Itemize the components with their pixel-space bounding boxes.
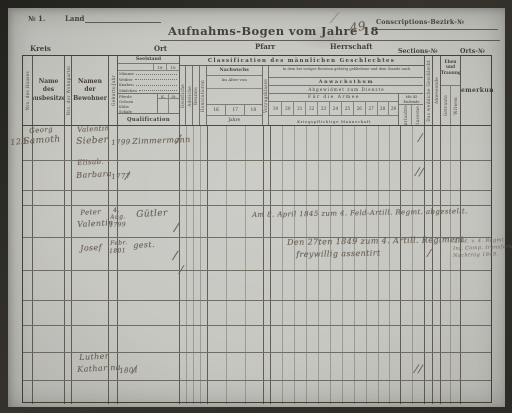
table-cell	[194, 238, 201, 270]
table-cell	[307, 191, 319, 205]
table-cell	[271, 353, 283, 380]
table-cell	[307, 326, 319, 352]
table-cell	[246, 161, 264, 190]
table-cell	[208, 271, 227, 300]
table-cell	[451, 161, 461, 190]
table-cell	[187, 126, 194, 160]
table-cell	[208, 126, 227, 160]
table-cell	[227, 301, 246, 325]
table-cell	[413, 161, 425, 190]
table-cell	[180, 191, 187, 205]
table-cell	[390, 301, 401, 325]
table-cell	[343, 381, 355, 404]
table-row	[23, 326, 491, 353]
table-cell	[72, 206, 109, 237]
table-cell	[331, 353, 343, 380]
table-body	[23, 126, 491, 404]
table-cell	[109, 326, 118, 352]
table-cell	[264, 238, 271, 270]
age-cells: 19 20 21 22 23 24 25 26	[269, 102, 398, 116]
table-cell	[264, 206, 271, 237]
table-cell	[65, 206, 72, 237]
table-cell	[461, 238, 493, 270]
col-remarks: Bemerkung	[461, 56, 493, 125]
table-cell	[23, 206, 33, 237]
seelstand-rows: Männer Weiber Knaben Mädchen	[118, 71, 179, 94]
table-cell	[319, 126, 331, 160]
table-cell	[283, 301, 295, 325]
table-row	[23, 271, 491, 301]
col-officials: Beamte	[193, 66, 200, 125]
table-cell	[246, 353, 264, 380]
table-cell	[441, 271, 451, 300]
table-cell	[201, 353, 208, 380]
table-cell	[208, 381, 227, 404]
table-cell	[413, 238, 425, 270]
table-cell	[187, 206, 194, 237]
table-cell	[331, 301, 343, 325]
table-cell	[118, 353, 180, 380]
table-cell	[33, 161, 65, 190]
table-cell	[401, 206, 413, 237]
table-cell	[208, 353, 227, 380]
table-cell	[343, 238, 355, 270]
table-cell	[367, 353, 379, 380]
army-section: In dem bei voriger Revision gehörig gebl…	[269, 66, 423, 125]
table-cell	[441, 381, 451, 404]
table-cell	[441, 161, 451, 190]
table-cell	[441, 191, 451, 205]
mit45-box: Mit 45 Endende Beurlaubte Entlassene	[399, 94, 423, 125]
table-cell	[201, 206, 208, 237]
table-cell	[390, 238, 401, 270]
table-cell	[433, 161, 441, 190]
table-cell	[451, 238, 461, 270]
table-cell	[118, 161, 180, 190]
table-cell	[413, 353, 425, 380]
table-cell	[180, 353, 187, 380]
table-cell	[264, 301, 271, 325]
table-cell	[72, 161, 109, 190]
table-cell	[461, 206, 493, 237]
table-cell	[367, 238, 379, 270]
table-row	[23, 161, 491, 191]
table-header: Nro. des Hauses Name des Hausbesitzers N…	[23, 56, 491, 126]
table-cell	[23, 191, 33, 205]
table-cell	[425, 206, 433, 237]
table-cell	[379, 238, 390, 270]
table-cell	[72, 326, 109, 352]
table-cell	[461, 353, 493, 380]
table-cell	[201, 238, 208, 270]
table-cell	[23, 161, 33, 190]
table-cell	[379, 353, 390, 380]
table-cell	[307, 353, 319, 380]
table-cell	[118, 381, 180, 404]
table-cell	[227, 271, 246, 300]
table-cell	[441, 301, 451, 325]
table-cell	[201, 191, 208, 205]
table-cell	[208, 206, 227, 237]
table-cell	[451, 353, 461, 380]
table-cell	[271, 191, 283, 205]
table-cell	[33, 353, 65, 380]
table-cell	[72, 271, 109, 300]
table-cell	[343, 206, 355, 237]
table-cell	[390, 206, 401, 237]
table-cell	[187, 381, 194, 404]
table-cell	[390, 326, 401, 352]
orts-label: Orts-№	[460, 48, 485, 55]
conscription-rule	[372, 29, 498, 30]
table-cell	[201, 301, 208, 325]
table-cell	[72, 353, 109, 380]
table-cell	[343, 191, 355, 205]
table-cell	[401, 126, 413, 160]
table-cell	[413, 381, 425, 404]
table-cell	[194, 271, 201, 300]
table-cell	[307, 161, 319, 190]
table-cell	[441, 238, 451, 270]
table-cell	[451, 126, 461, 160]
table-cell	[425, 161, 433, 190]
table-cell	[319, 161, 331, 190]
table-cell	[367, 206, 379, 237]
form-title: Aufnahms-Bogen vom Jahre 18	[168, 24, 373, 38]
table-cell	[451, 326, 461, 352]
table-cell	[118, 126, 180, 160]
table-cell	[390, 353, 401, 380]
conscription-district-label: Conscriptions-Bezirk-№	[376, 19, 464, 26]
table-cell	[433, 301, 441, 325]
table-cell	[433, 191, 441, 205]
table-cell	[331, 126, 343, 160]
table-cell	[355, 191, 367, 205]
table-cell	[109, 206, 118, 237]
table-cell	[109, 381, 118, 404]
revision-line: In dem bei voriger Revision gehörig gebl…	[269, 66, 423, 78]
col-marriages: Ehen und Trauungen Getraute Witwen	[441, 56, 461, 125]
table-cell	[33, 126, 65, 160]
table-cell	[264, 191, 271, 205]
table-cell	[413, 326, 425, 352]
table-cell	[180, 126, 187, 160]
pfarr-label: Pfarr	[255, 42, 275, 51]
table-cell	[343, 353, 355, 380]
table-cell	[201, 381, 208, 404]
table-cell	[194, 326, 201, 352]
table-cell	[461, 271, 493, 300]
table-cell	[227, 191, 246, 205]
table-cell	[33, 326, 65, 352]
table-cell	[295, 301, 307, 325]
table-cell	[194, 381, 201, 404]
table-cell	[413, 126, 425, 160]
table-cell	[331, 206, 343, 237]
table-cell	[319, 206, 331, 237]
table-cell	[355, 381, 367, 404]
table-cell	[401, 191, 413, 205]
table-cell	[379, 161, 390, 190]
table-cell	[271, 326, 283, 352]
col-residents: Namen der Bewohner	[72, 56, 109, 125]
table-cell	[246, 326, 264, 352]
table-cell	[433, 126, 441, 160]
table-cell	[401, 271, 413, 300]
table-cell	[246, 381, 264, 404]
table-cell	[109, 191, 118, 205]
table-cell	[187, 238, 194, 270]
table-cell	[180, 271, 187, 300]
table-cell	[355, 353, 367, 380]
land-label: Land	[65, 14, 84, 23]
table-cell	[367, 326, 379, 352]
table-cell	[118, 238, 180, 270]
qualification-label: Qualification	[118, 114, 179, 125]
table-cell	[23, 271, 33, 300]
col-vorzugsklasse: Vorzugsklasse	[263, 66, 270, 125]
table-cell	[343, 326, 355, 352]
table-cell	[246, 191, 264, 205]
table-cell	[208, 161, 227, 190]
table-cell	[194, 126, 201, 160]
table-cell	[451, 271, 461, 300]
table-cell	[72, 191, 109, 205]
table-cell	[367, 191, 379, 205]
table-cell	[109, 126, 118, 160]
table-cell	[227, 238, 246, 270]
table-cell	[109, 353, 118, 380]
table-cell	[72, 381, 109, 404]
table-cell	[441, 126, 451, 160]
table-cell	[283, 126, 295, 160]
table-cell	[33, 301, 65, 325]
table-cell	[433, 238, 441, 270]
table-cell	[331, 238, 343, 270]
table-cell	[180, 206, 187, 237]
table-cell	[433, 271, 441, 300]
col-house-owner: Name des Hausbesitzers	[33, 56, 65, 125]
table-cell	[379, 381, 390, 404]
table-cell	[425, 191, 433, 205]
table-cell	[271, 381, 283, 404]
table-cell	[433, 353, 441, 380]
table-cell	[441, 206, 451, 237]
table-cell	[72, 238, 109, 270]
table-cell	[227, 326, 246, 352]
table-cell	[295, 271, 307, 300]
table-cell	[355, 301, 367, 325]
table-cell	[227, 353, 246, 380]
kreis-label: Kreis	[30, 44, 51, 53]
table-cell	[379, 126, 390, 160]
table-cell	[180, 381, 187, 404]
table-cell	[425, 238, 433, 270]
table-cell	[355, 161, 367, 190]
table-row	[23, 126, 491, 161]
table-cell	[331, 326, 343, 352]
table-row	[23, 353, 491, 381]
table-cell	[283, 191, 295, 205]
table-cell	[180, 326, 187, 352]
table-cell	[401, 326, 413, 352]
table-cell	[433, 326, 441, 352]
table-cell	[295, 238, 307, 270]
col-absent: Abwesende	[433, 56, 441, 125]
table-cell	[367, 161, 379, 190]
table-cell	[461, 191, 493, 205]
table-cell	[401, 381, 413, 404]
table-row	[23, 301, 491, 326]
table-cell	[264, 381, 271, 404]
table-cell	[343, 271, 355, 300]
table-cell	[264, 353, 271, 380]
table-cell	[283, 381, 295, 404]
table-cell	[390, 126, 401, 160]
table-cell	[461, 381, 493, 404]
table-cell	[23, 326, 33, 352]
kriegspflichtig-label: Kriegspflichtige Mannschaft	[269, 116, 398, 125]
table-cell	[390, 161, 401, 190]
table-cell	[295, 381, 307, 404]
table-cell	[23, 238, 33, 270]
table-cell	[208, 301, 227, 325]
table-cell	[307, 126, 319, 160]
table-cell	[283, 161, 295, 190]
table-cell	[264, 161, 271, 190]
col-classification: Classification des männlichen Geschlecht…	[180, 56, 425, 125]
table-cell	[425, 271, 433, 300]
table-cell	[331, 161, 343, 190]
census-table: Nro. des Hauses Name des Hausbesitzers N…	[22, 55, 492, 403]
table-cell	[355, 238, 367, 270]
form-number: № 1.	[28, 14, 45, 23]
table-cell	[319, 301, 331, 325]
table-cell	[413, 191, 425, 205]
table-cell	[401, 161, 413, 190]
table-cell	[343, 301, 355, 325]
livestock-box: Pferde Ochsen Kühe Schafe K. St.	[118, 94, 179, 114]
table-cell	[401, 238, 413, 270]
table-cell	[425, 381, 433, 404]
table-row	[23, 191, 491, 206]
table-cell	[194, 301, 201, 325]
table-cell	[194, 191, 201, 205]
table-cell	[33, 271, 65, 300]
table-cell	[319, 353, 331, 380]
table-cell	[246, 238, 264, 270]
land-rule	[85, 22, 161, 23]
table-cell	[451, 381, 461, 404]
table-cell	[451, 191, 461, 205]
table-cell	[390, 381, 401, 404]
table-cell	[72, 301, 109, 325]
table-cell	[72, 126, 109, 160]
col-dwelling-number: Nro. der Wohnpartei	[65, 56, 72, 125]
table-cell	[118, 191, 180, 205]
table-cell	[33, 206, 65, 237]
table-cell	[343, 161, 355, 190]
table-cell	[413, 206, 425, 237]
table-cell	[461, 301, 493, 325]
abgewidmet-label: Abgewidmet zum Dienste	[269, 86, 423, 94]
table-row	[23, 238, 491, 271]
table-cell	[65, 271, 72, 300]
table-cell	[425, 326, 433, 352]
table-cell	[307, 301, 319, 325]
table-cell	[264, 326, 271, 352]
table-cell	[109, 161, 118, 190]
table-cell	[23, 301, 33, 325]
table-cell	[201, 326, 208, 352]
table-cell	[451, 206, 461, 237]
table-cell	[187, 271, 194, 300]
table-cell	[180, 238, 187, 270]
table-cell	[295, 191, 307, 205]
table-cell	[355, 326, 367, 352]
table-cell	[307, 381, 319, 404]
table-cell	[451, 301, 461, 325]
table-cell	[187, 301, 194, 325]
table-cell	[379, 271, 390, 300]
table-cell	[23, 353, 33, 380]
table-cell	[271, 161, 283, 190]
seelstand-title: Seelstand	[118, 56, 179, 64]
table-cell	[343, 126, 355, 160]
table-cell	[201, 271, 208, 300]
table-cell	[246, 301, 264, 325]
table-cell	[227, 126, 246, 160]
table-cell	[65, 191, 72, 205]
table-cell	[319, 191, 331, 205]
sections-label: Sections-№	[398, 48, 437, 55]
table-cell	[109, 301, 118, 325]
col-honoratioren: Honoratioren	[200, 66, 207, 125]
seelstand-years: 18 18	[118, 64, 179, 71]
table-cell	[379, 191, 390, 205]
table-cell	[65, 381, 72, 404]
table-cell	[246, 126, 264, 160]
table-cell	[65, 238, 72, 270]
photo-frame: № 1. Land Aufnahms-Bogen vom Jahre 18 Co…	[0, 0, 512, 413]
table-cell	[118, 326, 180, 352]
table-cell	[425, 301, 433, 325]
table-cell	[23, 126, 33, 160]
table-cell	[194, 353, 201, 380]
table-cell	[295, 126, 307, 160]
table-row	[23, 206, 491, 238]
table-cell	[65, 326, 72, 352]
table-cell	[180, 301, 187, 325]
table-cell	[295, 161, 307, 190]
table-cell	[65, 301, 72, 325]
table-cell	[187, 353, 194, 380]
table-cell	[271, 206, 283, 237]
table-cell	[307, 238, 319, 270]
table-cell	[109, 238, 118, 270]
table-cell	[227, 381, 246, 404]
table-cell	[319, 238, 331, 270]
table-cell	[33, 191, 65, 205]
table-cell	[227, 161, 246, 190]
table-cell	[65, 161, 72, 190]
armee-label: Für die Armee	[269, 94, 398, 102]
table-cell	[201, 161, 208, 190]
table-cell	[246, 271, 264, 300]
table-cell	[283, 206, 295, 237]
table-cell	[307, 206, 319, 237]
table-cell	[271, 271, 283, 300]
